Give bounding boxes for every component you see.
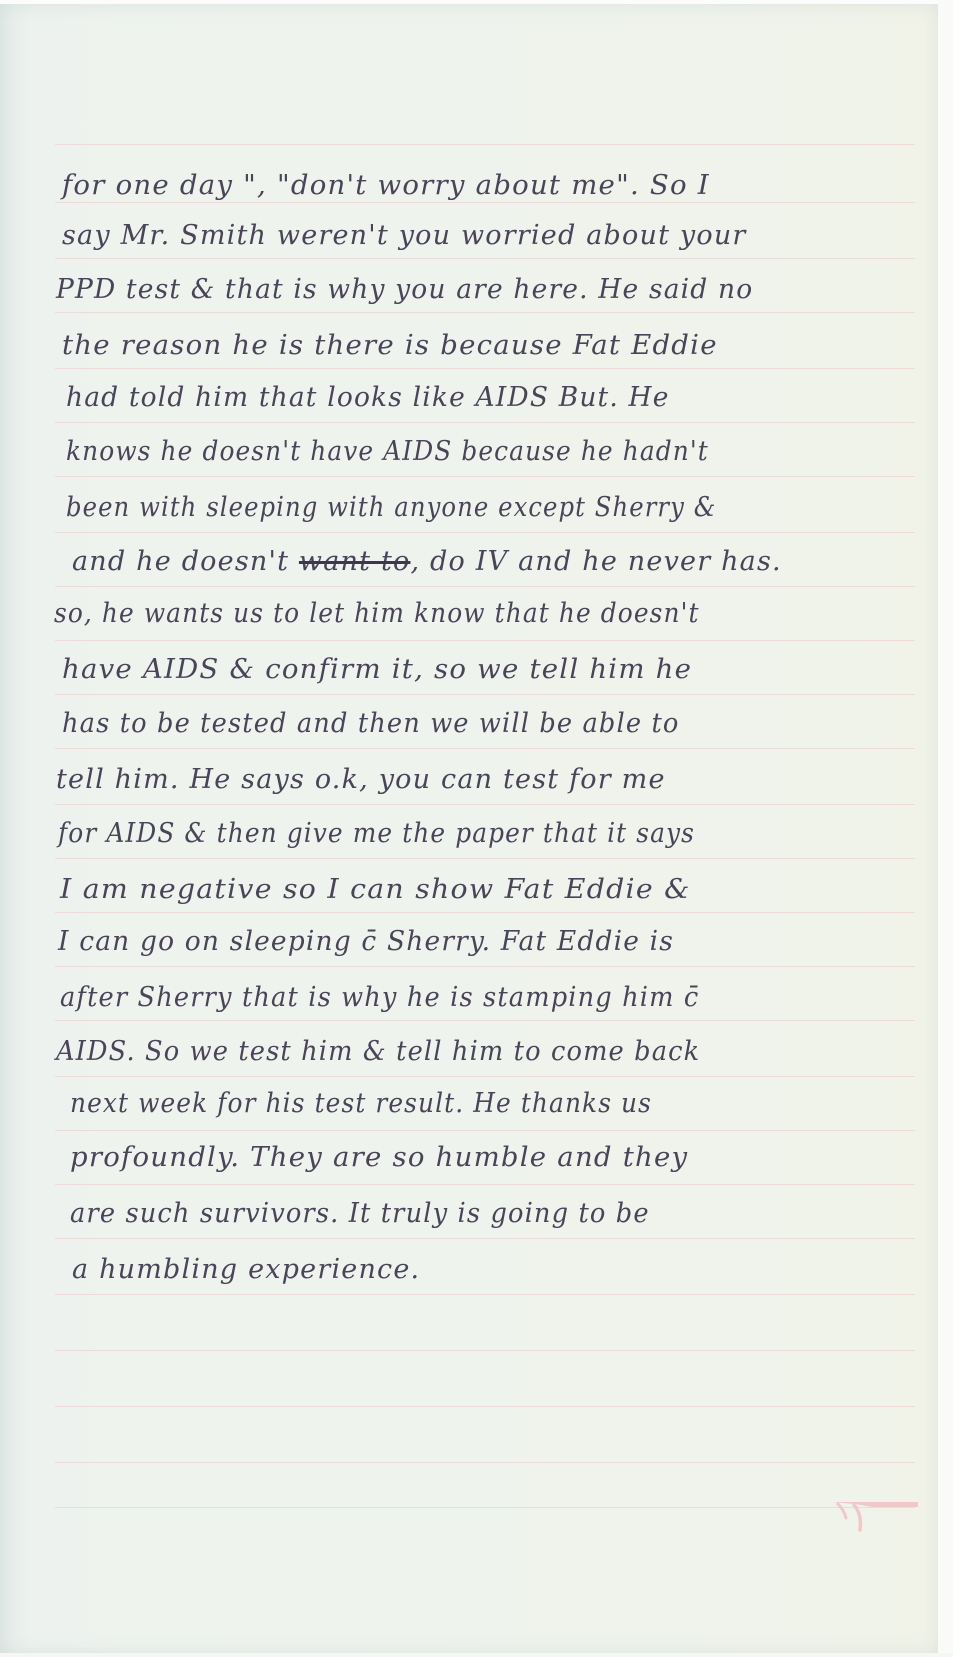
- handwritten-line-9: so, he wants us to let him know that he …: [54, 594, 700, 634]
- handwritten-line-16: after Sherry that is why he is stamping …: [60, 978, 699, 1018]
- scanned-page: for one day ", "don't worry about me". S…: [0, 0, 953, 1657]
- handwritten-line-7: been with sleeping with anyone except Sh…: [66, 488, 716, 528]
- ruled-line: [55, 640, 915, 641]
- ruled-line: [55, 748, 915, 749]
- handwritten-line-11: has to be tested and then we will be abl…: [62, 704, 679, 744]
- ruled-line: [55, 1406, 915, 1407]
- ruled-line: [55, 1350, 915, 1351]
- handwritten-line-2: say Mr. Smith weren't you worried about …: [62, 216, 747, 256]
- handwritten-line-10: have AIDS & confirm it, so we tell him h…: [62, 650, 692, 690]
- ruled-line: [55, 312, 915, 313]
- ruled-line: [55, 258, 915, 259]
- page-corner-mark-icon: [832, 1500, 918, 1534]
- handwritten-line-5: had told him that looks like AIDS But. H…: [66, 378, 670, 418]
- handwritten-line-20: are such survivors. It truly is going to…: [70, 1194, 650, 1234]
- ruled-line: [55, 586, 915, 587]
- ruled-line: [55, 804, 915, 805]
- ruled-line: [55, 1507, 915, 1508]
- crossed-out-text: want to: [299, 546, 411, 577]
- handwritten-line-15: I can go on sleeping c̄ Sherry. Fat Eddi…: [58, 922, 674, 962]
- handwritten-line-17: AIDS. So we test him & tell him to come …: [56, 1032, 700, 1072]
- ruled-line: [55, 966, 915, 967]
- ruled-line: [55, 912, 915, 913]
- ruled-line: [55, 422, 915, 423]
- ruled-line: [55, 694, 915, 695]
- ruled-line: [55, 1076, 915, 1077]
- ruled-line: [55, 532, 915, 533]
- handwritten-line-18: next week for his test result. He thanks…: [70, 1084, 652, 1124]
- ruled-line: [55, 1184, 915, 1185]
- ruled-line: [55, 1238, 915, 1239]
- ruled-line: [55, 368, 915, 369]
- handwritten-line-21: a humbling experience.: [72, 1250, 420, 1290]
- ruled-line: [55, 476, 915, 477]
- ruled-line: [55, 1020, 915, 1021]
- line-8-rest: , do IV and he never has.: [410, 546, 781, 577]
- handwritten-line-19: profoundly. They are so humble and they: [70, 1138, 688, 1178]
- ruled-line: [55, 858, 915, 859]
- handwritten-line-4: the reason he is there is because Fat Ed…: [62, 326, 718, 366]
- handwritten-line-13: for AIDS & then give me the paper that i…: [58, 814, 695, 854]
- scan-border-bottom: [0, 1653, 953, 1657]
- handwritten-line-8: and he doesn't want to, do IV and he nev…: [72, 542, 782, 582]
- line-8-text: and he doesn't: [72, 546, 299, 577]
- notebook-paper: for one day ", "don't worry about me". S…: [0, 4, 938, 1654]
- handwritten-line-3: PPD test & that is why you are here. He …: [56, 270, 753, 310]
- handwritten-line-12: tell him. He says o.k, you can test for …: [56, 760, 666, 800]
- ruled-line: [55, 144, 915, 145]
- scan-border-right: [938, 0, 953, 1657]
- handwritten-line-14: I am negative so I can show Fat Eddie &: [60, 870, 691, 910]
- handwritten-line-6: knows he doesn't have AIDS because he ha…: [66, 432, 709, 472]
- handwritten-line-1: for one day ", "don't worry about me". S…: [62, 166, 710, 206]
- ruled-line: [55, 1294, 915, 1295]
- ruled-line: [55, 1462, 915, 1463]
- ruled-line: [55, 1130, 915, 1131]
